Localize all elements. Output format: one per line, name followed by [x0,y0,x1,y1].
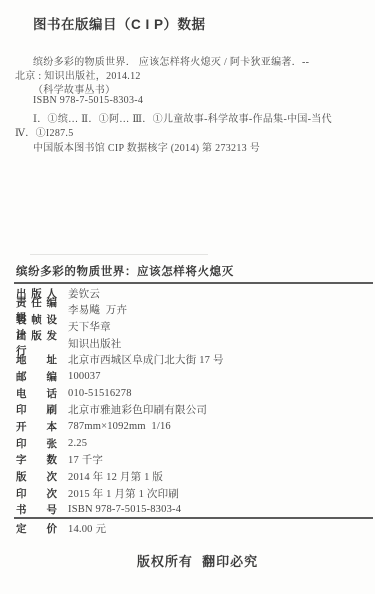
colophon-value: 北京市西城区阜成门北大街 17 号 [68,352,224,367]
cip-isbn-line: ISBN 978-7-5015-8303-4 [33,95,143,106]
colophon-row-editor: 责任编辑 李易飚 万卉 [16,302,372,319]
colophon-label: 定 价 [16,521,57,536]
colophon-value: 2014 年 12 月第 1 版 [68,469,163,484]
cip-header-title: 图书在版编目（C I P）数据 [33,13,206,33]
colophon-row-phone: 电 话 010-51516278 [16,385,372,402]
colophon-row-sheets: 印 张 2.25 [16,435,372,452]
book-title: 缤纷多彩的物质世界：应该怎样将火熄灭 [16,263,234,279]
cip-classification-line-1: Ⅰ．①缤… Ⅱ．①阿… Ⅲ．①儿童故事-科学故事-作品集-中国-当代 [33,110,332,125]
colophon-value: 010-51516278 [68,388,132,399]
colophon-label: 版 次 [16,469,57,484]
colophon-label: 电 话 [16,386,57,401]
colophon-label: 书 号 [16,502,57,517]
colophon-value: 787mm×1092mm 1/16 [68,421,171,432]
colophon-row-printer: 印 刷 北京市雅迪彩色印刷有限公司 [16,401,372,418]
cip-registry-number: 中国版本图书馆 CIP 数据核字 (2014) 第 273213 号 [33,139,260,154]
colophon-value: 14.00 元 [68,521,106,536]
colophon-value: 北京市雅迪彩色印刷有限公司 [68,402,207,417]
colophon-row-postcode: 邮 编 100037 [16,368,372,385]
colophon-label: 印 刷 [16,402,57,417]
colophon-value: 100037 [68,371,101,382]
colophon-label: 印 张 [16,436,57,451]
colophon-row-address: 地 址 北京市西城区阜成门北大街 17 号 [16,352,372,369]
colophon-value: 2015 年 1 月第 1 次印刷 [68,486,179,501]
cip-record-line-2: 北京 : 知识出版社，2014.12 [15,67,141,82]
colophon-row-publisher: 出版发行 知识出版社 [16,335,372,352]
colophon-value: 李易飚 万卉 [68,302,127,317]
colophon-label: 字 数 [16,452,57,467]
cip-classification-line-2: Ⅳ．①I287.5 [15,124,74,139]
colophon-value: ISBN 978-7-5015-8303-4 [68,504,181,515]
price-divider-rule [14,517,373,519]
colophon-row-format: 开 本 787mm×1092mm 1/16 [16,418,372,435]
colophon-value: 2.25 [68,438,87,449]
cip-series-note: （科学故事丛书） [33,81,115,96]
colophon-label: 地 址 [16,352,57,367]
colophon-table: 出 版 人 姜钦云 责任编辑 李易飚 万卉 装帧设计 天下华章 出版发行 知识出… [16,285,372,518]
colophon-label: 邮 编 [16,369,57,384]
copyright-notice: 版权所有 翻印必究 [10,551,375,570]
colophon-row-edition: 版 次 2014 年 12 月第 1 版 [16,468,372,485]
colophon-value: 天下华章 [68,319,111,334]
colophon-value: 知识出版社 [68,336,122,351]
colophon-label: 印 次 [16,486,57,501]
faint-divider-rule [30,254,208,255]
colophon-value: 姜钦云 [68,286,100,301]
colophon-row-design: 装帧设计 天下华章 [16,318,372,335]
colophon-row-publisher-person: 出 版 人 姜钦云 [16,285,372,302]
colophon-row-wordcount: 字 数 17 千字 [16,451,372,468]
colophon-label: 开 本 [16,419,57,434]
title-divider-rule [14,282,373,284]
colophon-row-impression: 印 次 2015 年 1 月第 1 次印刷 [16,485,372,502]
cip-record-line-1: 缤纷多彩的物质世界． 应该怎样将火熄灭 / 阿卡狄亚编著．-- [33,53,309,68]
colophon-row-price: 定 价 14.00 元 [16,520,372,537]
colophon-value: 17 千字 [68,452,103,467]
colophon-row-isbn: 书 号 ISBN 978-7-5015-8303-4 [16,501,372,518]
copyright-page: 图书在版编目（C I P）数据 缤纷多彩的物质世界． 应该怎样将火熄灭 / 阿卡… [0,0,375,594]
